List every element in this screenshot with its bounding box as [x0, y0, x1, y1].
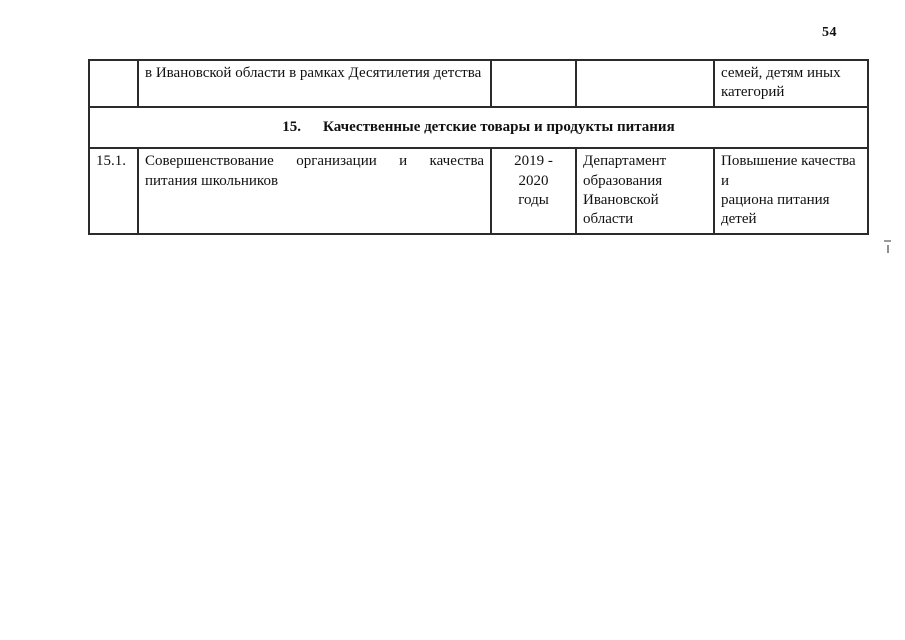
scan-artifact-tick — [887, 245, 889, 253]
table-row-section-header: 15.Качественные детские товары и продукт… — [89, 107, 868, 148]
cell-continuation-description: в Ивановской области в рамках Десятилети… — [138, 60, 491, 107]
cell-item-dates: 2019 - 2020 годы — [491, 148, 576, 234]
cell-section-header: 15.Качественные детские товары и продукт… — [89, 107, 868, 148]
section-number: 15. — [282, 119, 301, 135]
cell-item-description: Совершенствование организации и качества… — [138, 148, 491, 234]
cell-continuation-result: семей, детям иных категорий — [714, 60, 868, 107]
cell-continuation-dates — [491, 60, 576, 107]
program-measures-table: в Ивановской области в рамках Десятилети… — [88, 59, 869, 235]
section-title: Качественные детские товары и продукты п… — [323, 119, 675, 135]
scan-artifact-dash — [884, 240, 891, 242]
table-row-continuation: в Ивановской области в рамках Десятилети… — [89, 60, 868, 107]
scan-artifact — [884, 240, 894, 254]
cell-continuation-department — [576, 60, 714, 107]
cell-item-department: Департамент образования Ивановской облас… — [576, 148, 714, 234]
cell-item-result: Повышение качества и рациона питания дет… — [714, 148, 868, 234]
cell-item-number: 15.1. — [89, 148, 138, 234]
cell-continuation-number — [89, 60, 138, 107]
table-row-item: 15.1. Совершенствование организации и ка… — [89, 148, 868, 234]
page-number: 54 — [822, 25, 837, 41]
